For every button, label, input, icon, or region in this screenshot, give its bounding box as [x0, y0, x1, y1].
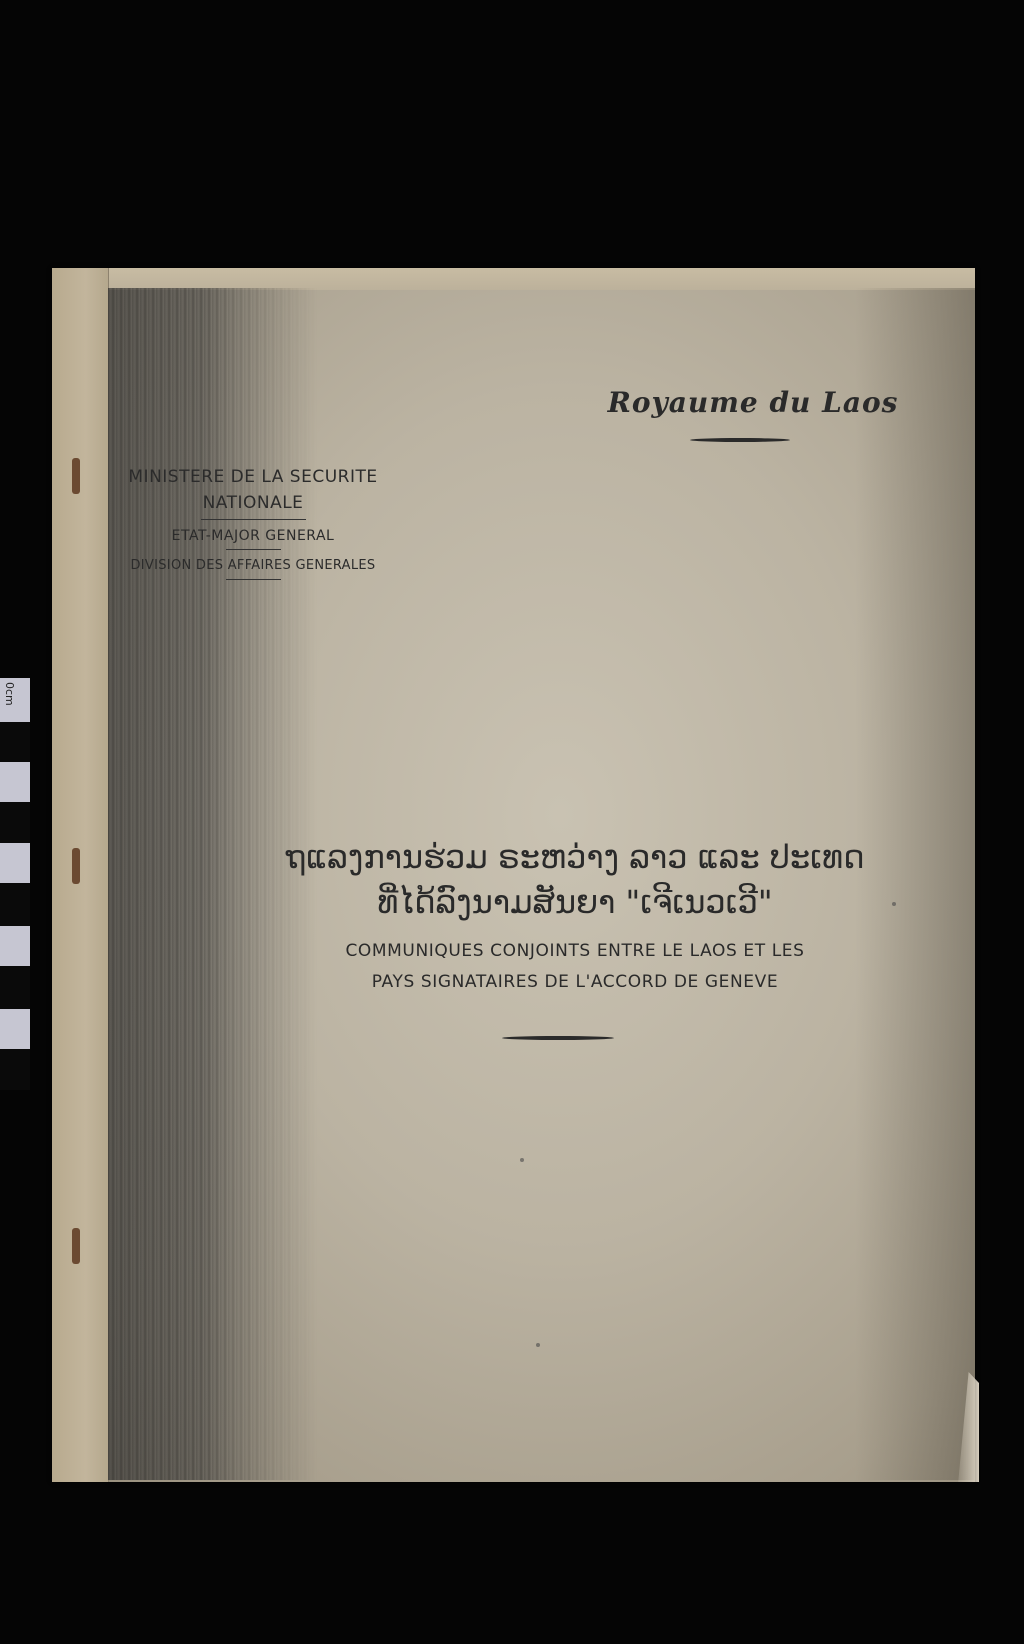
french-title-line2: PAYS SIGNATAIRES DE L'ACCORD DE GENEVE: [225, 972, 925, 992]
stain-speck: [892, 902, 896, 906]
binding-strip: [52, 268, 109, 1482]
staff-name: ETAT-MAJOR GENERAL: [113, 526, 393, 546]
ministry-name: MINISTERE DE LA SECURITE: [113, 464, 393, 490]
staple-mark: [72, 848, 80, 884]
rule-divider: [226, 549, 281, 550]
ornamental-divider: [502, 1036, 614, 1040]
scale-bar: 0cm: [0, 678, 30, 1090]
lao-title-line1: ຖແລງການຮ່ວມ ຣະຫວ່າງ ລາວ ແລະ ປະເທດ: [225, 838, 925, 876]
scale-segment: [0, 762, 30, 802]
scale-segment: [0, 926, 30, 966]
page-top-edge: [52, 268, 975, 290]
kingdom-title: Royaume du Laos: [593, 386, 913, 419]
ornamental-divider: [690, 438, 790, 442]
rule-divider: [201, 519, 306, 520]
stain-speck: [536, 1343, 540, 1347]
scale-segment: [0, 1009, 30, 1049]
rule-divider: [226, 579, 281, 580]
ministry-name-cont: NATIONALE: [113, 490, 393, 516]
scale-label: 0cm: [3, 682, 16, 706]
document-cover: Royaume du Laos MINISTERE DE LA SECURITE…: [52, 268, 975, 1482]
staple-mark: [72, 458, 80, 494]
lao-title-line2: ທີ່ໄດ້ລົງນາມສັນຍາ "ເຈີເນວເວີ": [225, 883, 925, 921]
stain-speck: [520, 1158, 524, 1162]
french-title-line1: COMMUNIQUES CONJOINTS ENTRE LE LAOS ET L…: [225, 941, 925, 961]
division-name: DIVISION DES AFFAIRES GENERALES: [113, 556, 393, 576]
staple-mark: [72, 1228, 80, 1264]
scale-segment: [0, 843, 30, 883]
ministry-block: MINISTERE DE LA SECURITE NATIONALE ETAT-…: [113, 464, 393, 586]
